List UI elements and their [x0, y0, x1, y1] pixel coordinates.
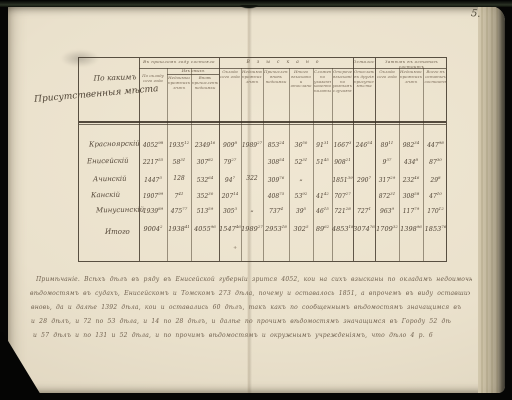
column-header: По окладу сего года [140, 74, 166, 118]
row-header-title-line2: Присутственныя мѣста [34, 85, 146, 105]
table-cell: 40875 [263, 191, 289, 200]
total-cell: 3025 [289, 224, 313, 233]
table-cell: 128 [167, 175, 191, 182]
table-cell: 4142 [313, 191, 332, 200]
table-header-separator [79, 121, 446, 123]
table-cell: 9639 [375, 206, 399, 215]
table-cell: 193989 [139, 206, 167, 215]
column-header: Оклада сего года [376, 70, 398, 118]
table-cell: 405298 [139, 140, 167, 149]
book-cover-top-edge [0, 0, 512, 7]
table-cell: 85324 [263, 140, 289, 149]
table-cell: 53264 [191, 175, 219, 184]
column-header: Вновь причисленной недоимки [192, 76, 218, 118]
total-cell: 193841 [167, 224, 191, 233]
table-cell: 5831 [167, 157, 191, 166]
column-group-header-3: Осталось [353, 59, 375, 68]
table-cell: 87231 [375, 191, 399, 200]
table-cell: 90821 [332, 157, 353, 166]
table-cell: 20714 [219, 191, 241, 200]
total-row-label: Итого [105, 228, 130, 236]
table-cell: 98234 [399, 140, 423, 149]
table-cell: 741 [167, 191, 191, 200]
total-cell: 307476 [353, 224, 375, 233]
table-cell: 14473 [139, 175, 167, 184]
table-cell: 47577 [167, 206, 191, 215]
total-cell: 8962 [313, 224, 332, 233]
column-header: Причисленной вновь недоимки [264, 70, 288, 118]
total-cell: 405596 [191, 224, 219, 233]
book-fore-edge-pages [478, 6, 505, 393]
column-header: Итого взыскано и отослано [290, 70, 312, 118]
handwritten-note-line: вновь, да и далѣе 1392 дѣла, кои и остав… [31, 304, 463, 311]
column-header: Отсрочено взысканіемъ по разнымъ случаям… [333, 70, 352, 118]
total-cell: 295318 [263, 224, 289, 233]
table-cell: 72128 [332, 206, 353, 215]
total-cell: 139896 [399, 224, 423, 233]
column-header: Недоимокъ прежнихъ лѣтъ [242, 70, 262, 118]
handwritten-note-line: и 28 дѣлъ, и 72 по 53 дѣла, и 14 по 28 д… [31, 318, 451, 325]
ledger-page: 5. По какимъ Присутственныя мѣста Въ про… [8, 6, 505, 393]
table-cell: 7927 [219, 157, 241, 166]
table-cell: 9131 [313, 140, 332, 149]
ledger-table: По какимъ Присутственныя мѣста Въ прошло… [78, 57, 447, 262]
column-group-header-4: Затѣмъ въ остаткѣ состоитъ [375, 59, 448, 68]
table-cell: 190799 [139, 191, 167, 200]
table-cell: 185139 [332, 175, 353, 184]
table-row-label: Красноярскій [89, 140, 140, 149]
table-cell: 298 [423, 175, 448, 184]
table-cell: 5145 [313, 157, 332, 166]
table-cell: 322 [241, 175, 263, 182]
table-row-label: Ачинскій [93, 175, 127, 184]
table-cell: 17012 [423, 206, 448, 215]
table-grid-line [139, 68, 446, 69]
total-cell: 185376 [423, 224, 448, 233]
table-header-separator [79, 124, 446, 125]
table-row-label: Минусинскій [96, 206, 144, 215]
table-cell: 16673 [332, 140, 353, 149]
table-cell: 2907 [353, 175, 375, 184]
handwritten-note-line: Примѣчаніе. Всѣхъ дѣлъ въ ряду въ Енисей… [36, 276, 472, 283]
column-header: Сложено по указамъ казенной палаты [314, 70, 331, 118]
handwritten-note-line: вѣдомостямъ въ судахъ, Енисейскомъ и Том… [30, 290, 470, 297]
column-header: Всего въ остаткѣ состоитъ [424, 70, 447, 118]
table-grid-line [167, 74, 219, 75]
table-cell: 7374 [263, 206, 289, 215]
table-cell: 198927 [241, 140, 263, 149]
table-cell: 4710 [423, 191, 448, 200]
table-cell: 395 [289, 206, 313, 215]
table-cell: 30858 [399, 191, 423, 200]
table-cell: 8730 [423, 157, 448, 166]
footnote-mark: + [233, 245, 237, 251]
table-cell: „ [241, 206, 263, 213]
total-cell: 485318 [332, 224, 353, 233]
table-cell: 937 [375, 157, 399, 166]
table-cell: „ [289, 175, 313, 182]
column-header: Недоимки прежнихъ лѣтъ [168, 76, 190, 118]
table-row-label: Енисейскій [87, 157, 129, 166]
row-header-title-line1: По какимъ [89, 72, 141, 83]
table-cell: 5231 [289, 157, 313, 166]
column-header: Недоимокъ прежнихъ лѣтъ [400, 70, 422, 118]
table-cell: 5392 [289, 191, 313, 200]
table-cell: 4348 [399, 157, 423, 166]
column-header: Оклада сего года [220, 70, 240, 118]
table-cell: 947 [219, 175, 241, 184]
table-cell: 4615 [313, 206, 332, 215]
table-cell: 234916 [191, 140, 219, 149]
table-cell: 31729 [375, 175, 399, 184]
table-cell: 44798 [423, 140, 448, 149]
table-row-label: Канскій [91, 191, 120, 200]
table-cell: 8911 [375, 140, 399, 149]
table-cell: 23246 [399, 175, 423, 184]
table-cell: 51359 [191, 206, 219, 215]
total-cell: 154746 [219, 224, 241, 233]
table-cell: 3053 [219, 206, 241, 215]
table-cell: 30976 [263, 175, 289, 184]
column-header: Отослано въ другія присутственныя мѣста [354, 70, 374, 118]
total-cell: 198927 [241, 224, 263, 233]
table-cell: 7271 [353, 206, 375, 215]
table-cell: 9098 [219, 140, 241, 149]
total-cell: 90042 [139, 224, 167, 233]
table-cell: 30854 [263, 157, 289, 166]
table-cell: 193512 [167, 140, 191, 149]
page-number: 5. [470, 8, 491, 21]
column-group-header-1: Въ прошломъ году состояло [139, 59, 219, 68]
table-cell: 30782 [191, 157, 219, 166]
total-cell: 170932 [375, 224, 399, 233]
table-cell: 24654 [353, 140, 375, 149]
table-cell: 3650 [289, 140, 313, 149]
table-cell: 11779 [399, 206, 423, 215]
table-cell: 70727 [332, 191, 353, 200]
table-cell: 35230 [191, 191, 219, 200]
handwritten-note-line: и 57 дѣлъ и по 131 и 52 дѣла, и по прочи… [33, 332, 437, 339]
table-cell: 221755 [139, 157, 167, 166]
